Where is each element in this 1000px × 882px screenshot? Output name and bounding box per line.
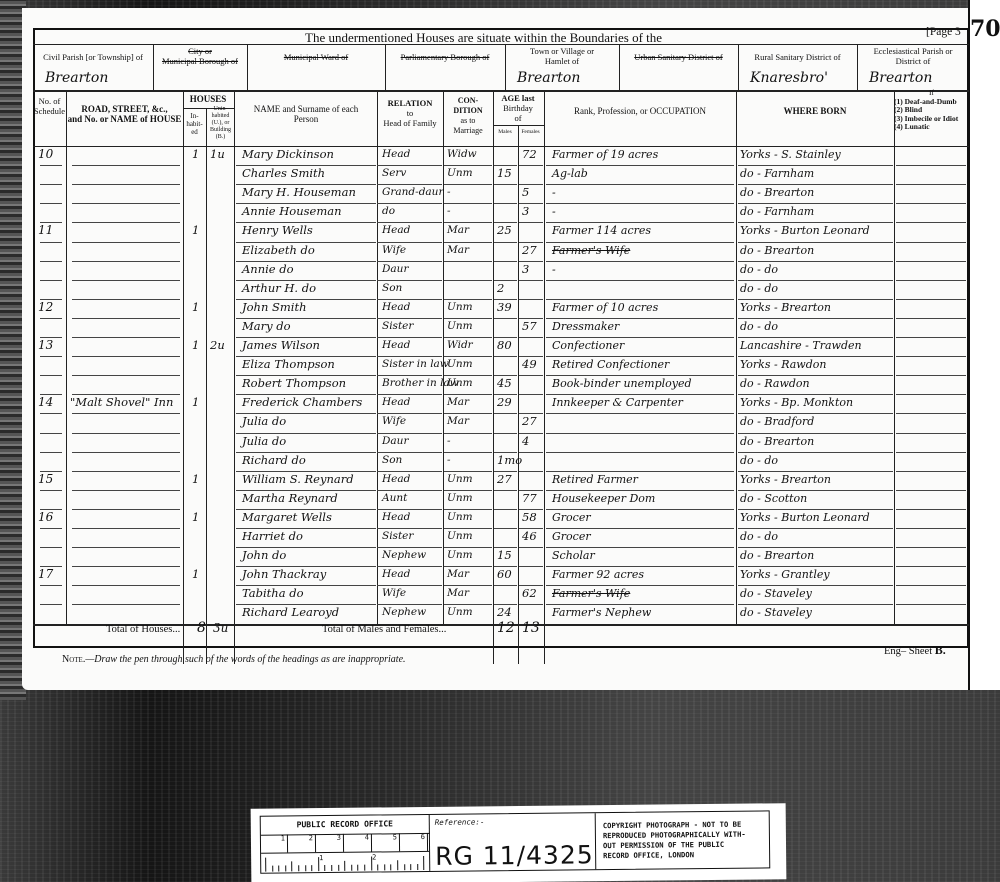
condition: Widw (447, 145, 477, 164)
person-name: James Wilson (242, 336, 320, 355)
condition: Unm (447, 603, 473, 622)
female-age: 3 (522, 260, 529, 279)
female-age: 49 (522, 355, 537, 374)
birthplace: do - Farnham (740, 164, 814, 183)
ruler-segment: 5 (373, 833, 400, 851)
occupation: Retired Confectioner (552, 355, 669, 374)
ruler-inch-label: 2 (372, 853, 376, 861)
male-age: 25 (497, 221, 512, 240)
total-houses-label: Total of Houses... (106, 624, 180, 635)
male-age: 15 (497, 546, 512, 565)
col-header-infirmity: If (1) Deaf-and-Dumb(2) Blind(3) Imbecil… (894, 89, 969, 132)
male-age: 80 (497, 336, 512, 355)
female-age: 27 (522, 412, 537, 431)
condition: - (447, 183, 451, 202)
condition: - (447, 432, 451, 451)
copyright-notice: COPYRIGHT PHOTOGRAPH - NOT TO BE REPRODU… (603, 820, 746, 861)
inhabited-count: 1 (192, 145, 199, 164)
col-header-males: Males (493, 127, 517, 137)
relation: Son (382, 451, 402, 470)
occupation: Retired Farmer (552, 470, 638, 489)
relation: Daur (382, 432, 408, 451)
condition: Mar (447, 584, 469, 603)
person-name: Charles Smith (242, 164, 325, 183)
relation: Head (382, 565, 410, 584)
col-header-uninhabited: Unin-habited(U.), orBuilding(B.) (207, 106, 234, 141)
relation: Head (382, 336, 410, 355)
inhabited-count: 1 (192, 508, 199, 527)
condition: Unm (447, 374, 473, 393)
occupation: Farmer 92 acres (552, 565, 644, 584)
relation: Grand-daur (382, 183, 443, 202)
condition: Unm (447, 546, 473, 565)
schedule-number: 16 (38, 508, 53, 527)
person-name: Mary Dickinson (242, 145, 334, 164)
person-name: Richard do (242, 451, 306, 470)
condition: Unm (447, 489, 473, 508)
male-age: 29 (497, 393, 512, 412)
total-inhabited: 8 (197, 620, 206, 636)
col-header-where-born: WHERE BORN (736, 106, 894, 116)
condition: Unm (447, 527, 473, 546)
condition: Unm (447, 470, 473, 489)
inhabited-count: 1 (192, 393, 199, 412)
col-header-name: NAME and Surname of eachPerson (236, 104, 376, 124)
col-header-relation: RELATIONtoHead of Family (377, 98, 443, 128)
occupation: - (552, 183, 556, 202)
sheet-identifier: Eng– Sheet B. (884, 643, 946, 658)
condition: Mar (447, 241, 469, 260)
relation: Head (382, 393, 410, 412)
total-persons-label: Total of Males and Females... (322, 624, 446, 635)
birthplace: Yorks - Brearton (740, 298, 831, 317)
birthplace: do - do (740, 260, 778, 279)
uninhabited-count: 1u (210, 145, 225, 164)
measurement-ruler: 12345612 (261, 833, 430, 873)
col-header-condition: CON-DITIONas toMarriage (443, 96, 493, 136)
female-age: 77 (522, 489, 537, 508)
inhabited-count: 1 (192, 336, 199, 355)
condition: Widr (447, 336, 473, 355)
occupation: Farmer 114 acres (552, 221, 651, 240)
boundary-field-label: Town or Village orHamlet of (505, 46, 619, 66)
person-name: Arthur H. do (242, 279, 316, 298)
reference-label: Reference:- (435, 817, 485, 827)
person-name: Eliza Thompson (242, 355, 335, 374)
total-males: 12 (497, 620, 515, 636)
occupation: - (552, 260, 556, 279)
ruler-segment: 6 (401, 833, 428, 851)
condition: Unm (447, 317, 473, 336)
birthplace: do - Farnham (740, 202, 814, 221)
ruler-segment: 1 (261, 834, 288, 852)
ruler-inch-label: 1 (319, 854, 323, 862)
col-header-occupation: Rank, Profession, or OCCUPATION (545, 106, 735, 116)
schedule-number: 12 (38, 298, 53, 317)
male-age: 60 (497, 565, 512, 584)
birthplace: Yorks - S. Stainley (740, 145, 841, 164)
condition: Mar (447, 221, 469, 240)
occupation: Housekeeper Dom (552, 489, 655, 508)
condition: - (447, 202, 451, 221)
schedule-number: 11 (38, 221, 53, 240)
inhabited-count: 1 (192, 470, 199, 489)
inhabited-count: 1 (192, 221, 199, 240)
female-age: 62 (522, 584, 537, 603)
relation: Sister (382, 317, 413, 336)
person-name: Robert Thompson (242, 374, 346, 393)
condition: Mar (447, 565, 469, 584)
male-age: 1mo (497, 451, 522, 470)
condition: Unm (447, 298, 473, 317)
inhabited-count: 1 (192, 298, 199, 317)
female-age: 58 (522, 508, 537, 527)
inhabited-count: 1 (192, 565, 199, 584)
relation: Nephew (382, 546, 426, 565)
birthplace: do - Brearton (740, 183, 814, 202)
occupation: Innkeeper & Carpenter (552, 393, 683, 412)
relation: Daur (382, 260, 408, 279)
birthplace: do - Bradford (740, 412, 814, 431)
birthplace: do - Staveley (740, 584, 812, 603)
public-record-office-card: PUBLIC RECORD OFFICE 12345612 Reference:… (251, 803, 787, 882)
schedule-number: 13 (38, 336, 53, 355)
male-age: 2 (497, 279, 504, 298)
occupation: Confectioner (552, 336, 624, 355)
relation: do (382, 202, 395, 221)
birthplace: do - Staveley (740, 603, 812, 622)
occupation: Farmer of 10 acres (552, 298, 658, 317)
boundary-field-label: Municipal Ward of (247, 52, 385, 62)
person-name: Harriet do (242, 527, 303, 546)
relation: Head (382, 508, 410, 527)
house-name: "Malt Shovel" Inn (70, 393, 173, 412)
condition: Unm (447, 164, 473, 183)
boundary-field-label: Civil Parish [or Township] of (33, 52, 153, 62)
birthplace: Yorks - Rawdon (740, 355, 826, 374)
boundary-field-value: Knaresbro' (750, 70, 828, 86)
uninhabited-count: 2u (210, 336, 225, 355)
occupation: Grocer (552, 527, 591, 546)
ruler-segment: 4 (345, 834, 372, 852)
relation: Nephew (382, 603, 426, 622)
male-age: 15 (497, 164, 512, 183)
boundary-field-label: Urban Sanitary District of (619, 52, 738, 62)
schedule-number: 14 (38, 393, 53, 412)
col-header-inhabited: In-habit-ed (183, 112, 206, 136)
total-females: 13 (522, 620, 540, 636)
occupation: Book-binder unemployed (552, 374, 692, 393)
birthplace: do - Brearton (740, 546, 814, 565)
boundary-field-label: Parliamentary Borough of (385, 52, 505, 62)
person-name: William S. Reynard (242, 470, 354, 489)
folio-number: 70 (970, 16, 1000, 42)
female-age: 57 (522, 317, 537, 336)
person-name: Margaret Wells (242, 508, 332, 527)
boundary-field-value: Brearton (517, 70, 580, 86)
occupation: Farmer's Wife (552, 241, 630, 260)
person-name: Richard Learoyd (242, 603, 339, 622)
boundary-field-label: City orMunicipal Borough of (153, 46, 247, 66)
birthplace: do - do (740, 317, 778, 336)
schedule-number: 15 (38, 470, 53, 489)
person-name: Tabitha do (242, 584, 304, 603)
person-name: John do (242, 546, 286, 565)
relation: Head (382, 145, 410, 164)
female-age: 72 (522, 145, 537, 164)
boundary-field-value: Brearton (45, 70, 108, 86)
relation: Wife (382, 241, 406, 260)
person-name: Annie Houseman (242, 202, 342, 221)
relation: Head (382, 470, 410, 489)
relation: Sister (382, 527, 413, 546)
person-name: Frederick Chambers (242, 393, 362, 412)
boundary-field-value: Brearton (869, 70, 932, 86)
birthplace: Yorks - Burton Leonard (740, 221, 870, 240)
relation: Wife (382, 584, 406, 603)
female-age: 46 (522, 527, 537, 546)
ruler-segment: 2 (289, 834, 316, 852)
relation: Wife (382, 412, 406, 431)
birthplace: do - do (740, 451, 778, 470)
reference-value: RG 11/4325 (435, 840, 594, 871)
female-age: 4 (522, 432, 529, 451)
person-name: Julia do (242, 412, 286, 431)
birthplace: do - Brearton (740, 432, 814, 451)
occupation: Farmer's Wife (552, 584, 630, 603)
person-name: Elizabeth do (242, 241, 315, 260)
relation: Head (382, 298, 410, 317)
relation: Son (382, 279, 402, 298)
person-name: Julia do (242, 432, 286, 451)
col-header-road: ROAD, STREET, &c.,and No. or NAME of HOU… (66, 104, 183, 124)
schedule-number: 10 (38, 145, 53, 164)
col-header-age: AGE lastBirthdayof (493, 93, 543, 123)
male-age: 39 (497, 298, 512, 317)
person-name: Annie do (242, 260, 294, 279)
condition: Unm (447, 355, 473, 374)
birthplace: do - do (740, 527, 778, 546)
boundary-field-label: Rural Sanitary District of (738, 52, 857, 62)
heading-note: Note.—Draw the pen through such of the w… (62, 654, 406, 665)
condition: Mar (447, 393, 469, 412)
occupation: Farmer's Nephew (552, 603, 651, 622)
birthplace: Yorks - Brearton (740, 470, 831, 489)
relation: Head (382, 221, 410, 240)
female-age: 27 (522, 241, 537, 260)
condition: Unm (447, 508, 473, 527)
relation: Sister in law (382, 355, 449, 374)
person-name: John Smith (242, 298, 307, 317)
folio-margin (968, 0, 1000, 690)
occupation: Dressmaker (552, 317, 619, 336)
relation: Serv (382, 164, 406, 183)
birthplace: Yorks - Burton Leonard (740, 508, 870, 527)
boundary-field-label: Ecclesiastical Parish orDistrict of (857, 46, 969, 66)
birthplace: do - Brearton (740, 241, 814, 260)
occupation: - (552, 202, 556, 221)
person-name: Mary H. Houseman (242, 183, 356, 202)
condition: - (447, 451, 451, 470)
col-header-schedule: No. ofSchedule (33, 96, 66, 116)
person-name: Martha Reynard (242, 489, 338, 508)
birthplace: do - Rawdon (740, 374, 810, 393)
col-header-houses: HOUSES (183, 94, 233, 104)
male-age: 27 (497, 470, 512, 489)
female-age: 5 (522, 183, 529, 202)
person-name: John Thackray (242, 565, 326, 584)
birthplace: Lancashire - Trawden (740, 336, 862, 355)
occupation: Grocer (552, 508, 591, 527)
birthplace: Yorks - Bp. Monkton (740, 393, 853, 412)
birthplace: do - Scotton (740, 489, 807, 508)
col-header-females: Females (518, 127, 543, 137)
schedule-number: 17 (38, 565, 53, 584)
occupation: Ag-lab (552, 164, 588, 183)
person-name: Henry Wells (242, 221, 313, 240)
birthplace: Yorks - Grantley (740, 565, 830, 584)
total-uninhabited: 3u (213, 621, 228, 635)
occupation: Scholar (552, 546, 595, 565)
relation: Aunt (382, 489, 407, 508)
ruler-segment: 3 (317, 834, 344, 852)
occupation: Farmer of 19 acres (552, 145, 658, 164)
person-name: Mary do (242, 317, 291, 336)
birthplace: do - do (740, 279, 778, 298)
female-age: 3 (522, 202, 529, 221)
condition: Mar (447, 412, 469, 431)
male-age: 45 (497, 374, 512, 393)
